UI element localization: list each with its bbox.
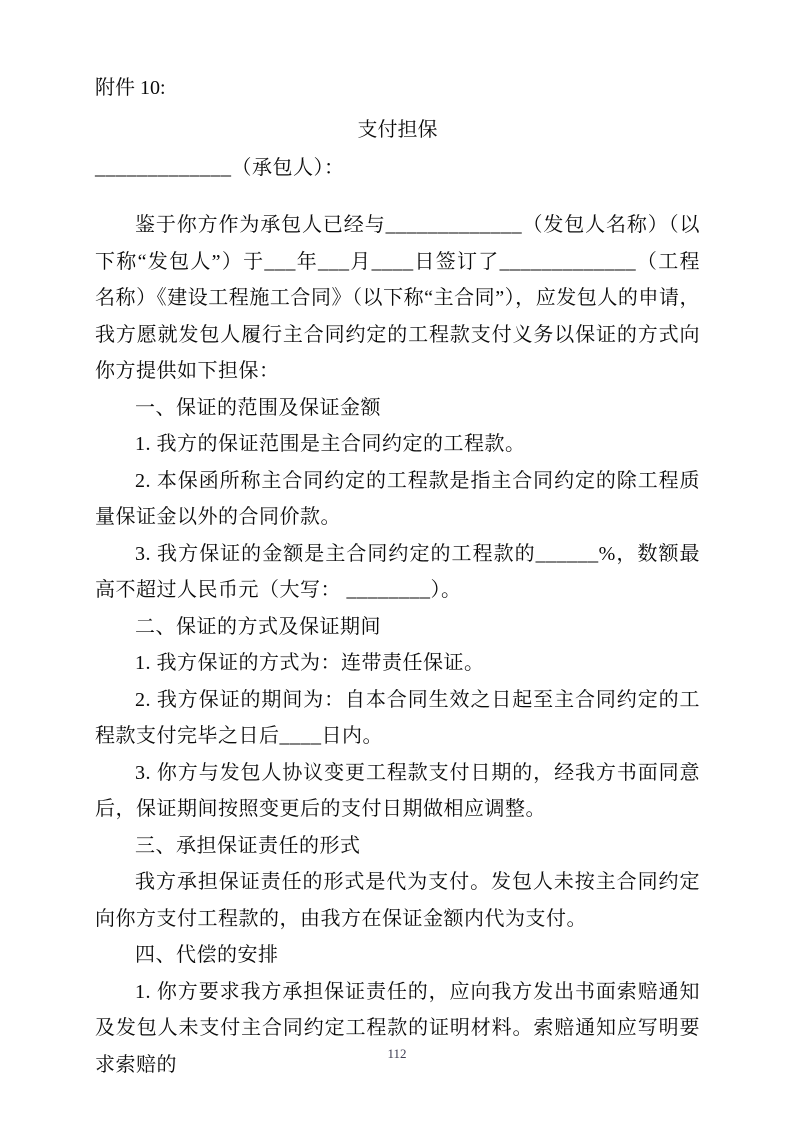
paragraph: 二、保证的方式及保证期间	[95, 609, 700, 646]
paragraph: 三、承担保证责任的形式	[95, 828, 700, 865]
paragraph: 鉴于你方作为承包人已经与_____________（发包人名称）（以下称“发包人…	[95, 207, 700, 390]
paragraph: 四、代偿的安排	[95, 937, 700, 974]
addressee-line: _____________（承包人）：	[95, 149, 700, 187]
page-number: 112	[0, 1046, 794, 1062]
paragraph: 2. 我方保证的期间为：自本合同生效之日起至主合同约定的工程款支付完毕之日后__…	[95, 682, 700, 755]
attachment-label: 附件 10:	[95, 69, 700, 107]
paragraph: 1. 我方保证的方式为：连带责任保证。	[95, 645, 700, 682]
paragraph: 1. 我方的保证范围是主合同约定的工程款。	[95, 426, 700, 463]
paragraph: 1. 你方要求我方承担保证责任的，应向我方发出书面索赔通知及发包人未支付主合同约…	[95, 974, 700, 1084]
paragraph: 一、保证的范围及保证金额	[95, 390, 700, 427]
paragraph: 3. 你方与发包人协议变更工程款支付日期的，经我方书面同意后，保证期间按照变更后…	[95, 755, 700, 828]
paragraph: 3. 我方保证的金额是主合同约定的工程款的______%，数额最高不超过人民币元…	[95, 536, 700, 609]
paragraph: 我方承担保证责任的形式是代为支付。发包人未按主合同约定向你方支付工程款的，由我方…	[95, 864, 700, 937]
document-title: 支付担保	[95, 111, 700, 149]
document-body: 鉴于你方作为承包人已经与_____________（发包人名称）（以下称“发包人…	[95, 207, 700, 1083]
document-page: 附件 10: 支付担保 _____________（承包人）： 鉴于你方作为承包…	[0, 0, 794, 1122]
paragraph: 2. 本保函所称主合同约定的工程款是指主合同约定的除工程质量保证金以外的合同价款…	[95, 463, 700, 536]
